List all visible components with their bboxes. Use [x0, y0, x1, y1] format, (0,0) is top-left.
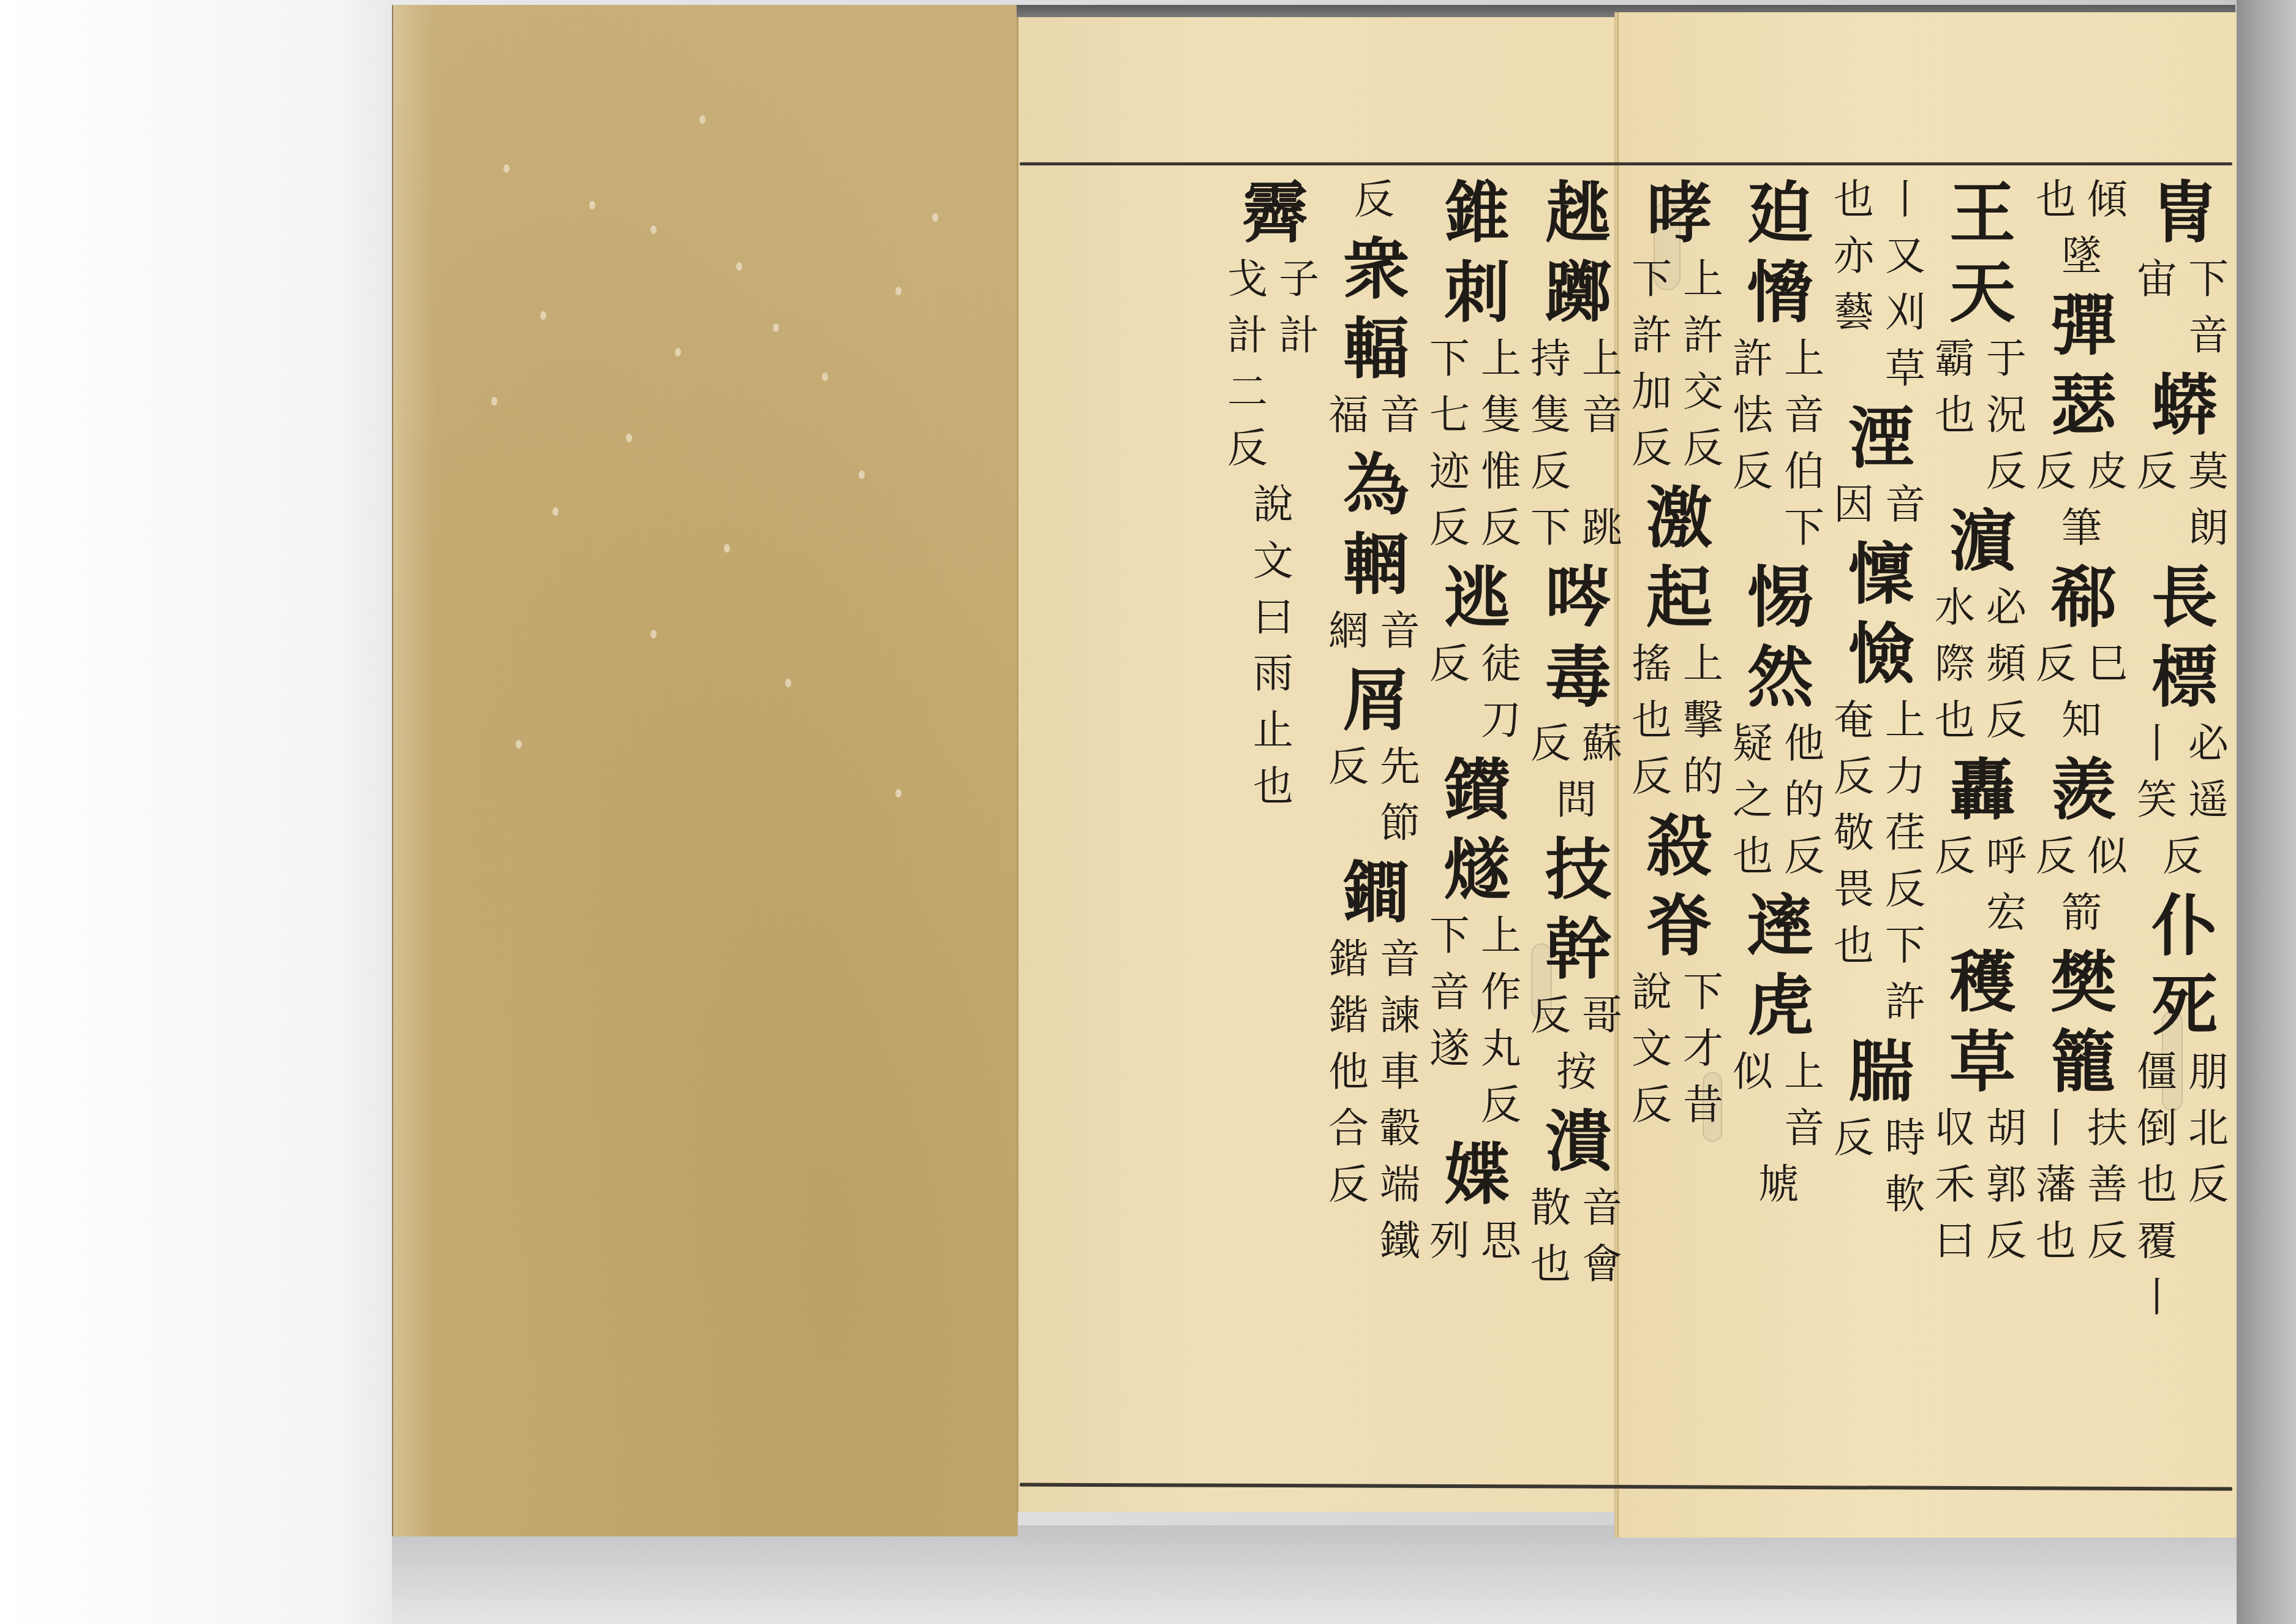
annotation: 丨又刈草 也亦藝 [1830, 178, 1922, 403]
headword: 仆死 [2146, 891, 2212, 1050]
headword: 毒 [1540, 642, 1606, 722]
wormhole-mark [822, 372, 828, 381]
annotation: 蘇 反 [1527, 722, 1619, 778]
text-column-5: 廹 愶 上音伯下 許怯反 惕 然 他的反 疑之也 䢦 虎 上音 似 虓 [1724, 178, 1825, 1476]
annotation: 子計 戈計二反 [1224, 257, 1315, 483]
annotation: 昔 反 [1628, 1083, 1720, 1139]
headword: 鐧 [1338, 858, 1404, 937]
wormhole-mark [552, 507, 559, 516]
headword: 廹 [1742, 178, 1808, 257]
wormhole-mark [503, 164, 510, 173]
headword: 湮 [1843, 403, 1909, 483]
headword: 樊籠 [2045, 947, 2111, 1106]
annotation: 的 反 [1628, 755, 1720, 811]
headword: 媟 [1439, 1139, 1505, 1219]
annotation: 上作丸反 下音遂 [1426, 914, 1518, 1139]
headword: 㖗 [1540, 562, 1606, 642]
wormhole-mark [724, 544, 730, 553]
headword: 冑 [2146, 178, 2212, 257]
annotation: 先節 反 [1325, 745, 1417, 858]
wormhole-mark [859, 470, 865, 479]
wormhole-mark [589, 201, 595, 210]
headword: 䢦 [1742, 891, 1808, 970]
wormhole-mark [675, 348, 681, 357]
annotation: 下才 說文 [1628, 970, 1720, 1083]
annotation: 上擊 搖也 [1628, 642, 1720, 755]
wormhole-mark [736, 262, 742, 271]
headword: 惕 [1742, 562, 1808, 642]
headword: 錐 [1439, 178, 1505, 257]
annotation: 胡郭反 収禾曰 [1931, 1106, 2023, 1275]
headword: 郗 [2045, 562, 2111, 642]
annotation: 上音伯下 許怯反 [1729, 337, 1821, 562]
annotation: 上許交反 下許加反 [1628, 257, 1720, 483]
annotation: 上音 似 [1729, 1050, 1821, 1163]
headword: 潰 [1540, 1106, 1606, 1186]
wormhole-mark [540, 311, 546, 320]
annotation: 反 [2159, 834, 2199, 891]
headword: 瑟 [2045, 370, 2111, 450]
headword: 愶 [1742, 257, 1808, 337]
text-column-2: 傾 也 墜 彈 瑟 皮 反 筆 郗 巳 反 知 羨 似 反 箭 樊籠 [2027, 178, 2128, 1476]
headword: 蟒 [2146, 370, 2212, 450]
headword: 轟 [1944, 755, 2010, 834]
headword: 衆 [1338, 234, 1404, 314]
annotation: 音 網 [1325, 609, 1417, 665]
headword: 濵 [1944, 506, 2010, 586]
annotation: 說文曰雨止也 [1249, 483, 1290, 821]
headword: 起 [1641, 562, 1707, 642]
annotation: 音 因 [1830, 483, 1922, 539]
annotation: 皮 反 [2032, 450, 2124, 506]
headword: 輞 [1338, 529, 1404, 609]
text-column-6: 哮 上許交反 下許加反 激 起 上擊 搖也 的 反 殺 脊 下才 說文 昔 反 [1623, 178, 1724, 1476]
headword: 燧 [1439, 834, 1505, 914]
headword: 然 [1742, 642, 1808, 722]
annotation: 巳 反 [2032, 642, 2124, 698]
headword: 長標 [2146, 562, 2212, 722]
scanner-right-edge [2237, 0, 2296, 1624]
headword: 激 [1641, 483, 1707, 562]
wormhole-mark [626, 434, 632, 442]
headword: 憸 [1843, 619, 1909, 698]
text-columns: 冑 下音 宙 蟒 莫朗 反 長標 必 丨 遥 笑 反 仆死 朋北反 僵倒也覆丨 … [1200, 178, 2229, 1476]
headword: 羨 [2045, 755, 2111, 834]
annotation: 筆 [2058, 506, 2098, 562]
headword: 哮 [1641, 178, 1707, 257]
headword: 脊 [1641, 891, 1707, 970]
book-front-cover [392, 5, 1018, 1536]
annotation: 音 福 [1325, 393, 1417, 450]
annotation: 呼宏 反 [1931, 834, 2023, 947]
annotation: 必 丨 [2133, 722, 2225, 778]
headword: 屑 [1338, 665, 1404, 745]
headword: 刺 [1439, 257, 1505, 337]
annotation: 音會 散也 [1527, 1186, 1619, 1299]
annotation: 必頻反 水際也 [1931, 586, 2023, 755]
annotation: 上音 持隻反 [1527, 337, 1619, 506]
text-column-4: 丨又刈草 也亦藝 湮 音 因 懍 憸 上力荏反下許 奄反敬畏也 腨 時軟 反 [1825, 178, 1926, 1476]
headword: 技 [1540, 834, 1606, 914]
headword: 逃 [1439, 562, 1505, 642]
wormhole-mark [516, 740, 522, 749]
headword: 為 [1338, 450, 1404, 529]
headword: 腨 [1843, 1037, 1909, 1116]
scanner-bottom-shadow [392, 1525, 2296, 1624]
annotation: 下音 宙 [2133, 257, 2225, 370]
headword: 輻 [1338, 314, 1404, 393]
wormhole-mark [650, 630, 657, 638]
text-column-10: 霽 子計 戈計二反 說文曰雨止也 [1219, 178, 1320, 1476]
annotation: 反 [1350, 178, 1391, 234]
wormhole-mark [932, 213, 938, 222]
annotation: 上隻惟反 下七迹反 [1426, 337, 1518, 562]
wormhole-mark [895, 789, 901, 798]
headword: 虎 [1742, 970, 1808, 1050]
text-column-8: 錐 刺 上隻惟反 下七迹反 逃 徒刀 反 鑚 燧 上作丸反 下音遂 媟 思 列 [1421, 178, 1522, 1476]
wormhole-mark [491, 397, 497, 406]
annotation: 按 [1553, 1050, 1593, 1106]
annotation: 知 [2058, 698, 2098, 755]
wormhole-mark [785, 679, 791, 687]
annotation: 音諫車轂端鐵 鍇鍇他合反 [1325, 937, 1417, 1275]
headword: 趒 [1540, 178, 1606, 257]
annotation: 時軟 反 [1830, 1116, 1922, 1229]
wormhole-mark [650, 225, 657, 234]
annotation: 扶善反 丨藩也 [2032, 1106, 2124, 1275]
text-column-7: 趒 躑 上音 持隻反 跳 下 㖗 毒 蘇 反 問 技 幹 哥 反 按 潰 音會 [1522, 178, 1623, 1476]
wormhole-mark [773, 323, 779, 332]
headword: 殺 [1641, 811, 1707, 891]
annotation: 上力荏反下許 奄反敬畏也 [1830, 698, 1922, 1037]
text-column-9: 反 衆 輻 音 福 為 輞 音 網 屑 先節 反 鐧 音諫車轂端鐵 鍇鍇他合反 [1320, 178, 1421, 1476]
annotation: 墜 [2058, 234, 2098, 290]
headword: 懍 [1843, 539, 1909, 619]
headword: 穫草 [1944, 947, 2010, 1106]
headword: 躑 [1540, 257, 1606, 337]
headword: 彈 [2045, 290, 2111, 370]
annotation: 箭 [2058, 891, 2098, 947]
annotation: 虓 [1755, 1163, 1795, 1219]
annotation: 似 反 [2032, 834, 2124, 891]
annotation: 他的反 疑之也 [1729, 722, 1821, 891]
annotation: 問 [1553, 778, 1593, 834]
annotation: 莫朗 反 [2133, 450, 2225, 562]
annotation: 遥 笑 [2133, 778, 2225, 834]
text-column-1: 冑 下音 宙 蟒 莫朗 反 長標 必 丨 遥 笑 反 仆死 朋北反 僵倒也覆丨 [2128, 178, 2229, 1476]
annotation: 傾 也 [2032, 178, 2124, 234]
annotation: 于況反 霸也 [1931, 337, 2023, 506]
wormhole-mark [699, 115, 706, 124]
wormhole-mark [895, 287, 901, 295]
cover-worn-edge [393, 5, 436, 1536]
annotation: 思 列 [1426, 1219, 1518, 1275]
headword: 霽 [1236, 178, 1303, 257]
headword: 鑚 [1439, 755, 1505, 834]
annotation: 徒刀 反 [1426, 642, 1518, 755]
annotation: 朋北反 僵倒也覆丨 [2133, 1050, 2225, 1332]
annotation: 跳 下 [1527, 506, 1619, 562]
annotation: 哥 反 [1527, 994, 1619, 1050]
headword: 幹 [1540, 914, 1606, 994]
headword: 王天 [1944, 178, 2010, 337]
top-border-rule [1020, 162, 2232, 165]
text-column-3: 王天 于況反 霸也 濵 必頻反 水際也 轟 呼宏 反 穫草 胡郭反 収禾曰 [1926, 178, 2027, 1476]
